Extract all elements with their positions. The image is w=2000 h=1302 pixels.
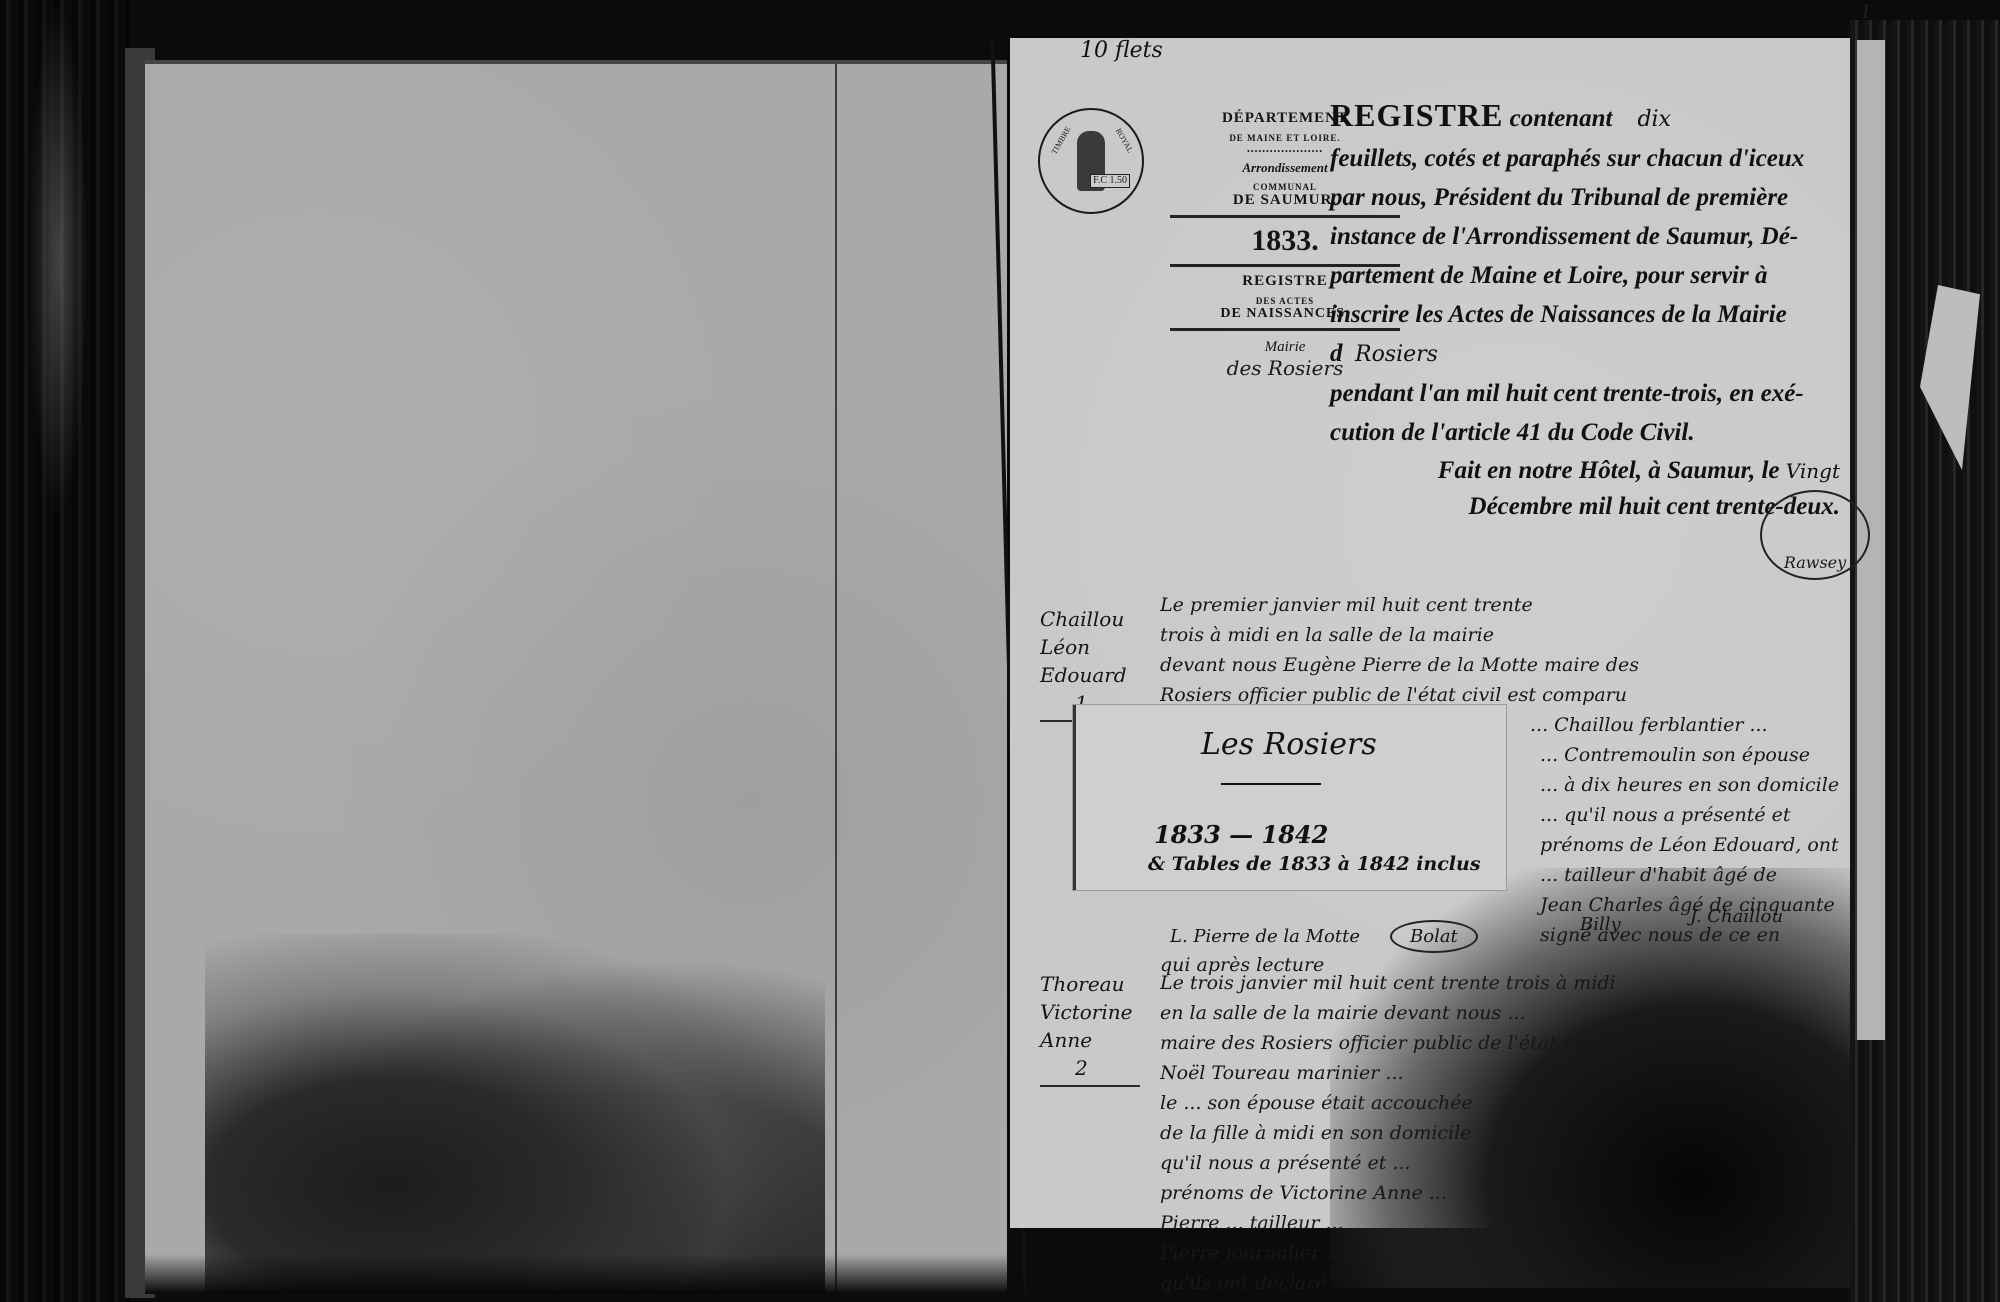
register-preamble: REGISTRE contenant dix feuillets, cotés … bbox=[1330, 96, 1850, 452]
entry-line: Pierre journalier ... bbox=[1160, 1238, 1860, 1268]
entry-line: Pierre ... tailleur ... bbox=[1160, 1208, 1860, 1238]
entry-number: 2 bbox=[1040, 1054, 1145, 1082]
margin-name-line: Victorine bbox=[1040, 998, 1145, 1026]
entry-line: Noël Toureau marinier ... bbox=[1160, 1058, 1860, 1088]
label-year-range: 1833 — 1842 bbox=[1154, 820, 1328, 849]
entry-line: prénoms de Victorine Anne ... bbox=[1160, 1178, 1860, 1208]
entry-line: Le trois janvier mil huit cent trente tr… bbox=[1160, 968, 1860, 998]
registre-title: REGISTRE bbox=[1330, 97, 1503, 133]
left-page-bottom-edge bbox=[145, 1254, 1007, 1294]
pasted-archive-label: Les Rosiers 1833 — 1842 & Tables de 1833… bbox=[1073, 705, 1506, 890]
margin-divider-2 bbox=[1040, 1085, 1140, 1087]
signature-4: J. Chaillou bbox=[1690, 906, 1783, 927]
folio-mark: 1 bbox=[1860, 2, 1871, 23]
margin-name-line: Thoreau bbox=[1040, 970, 1145, 998]
label-underline bbox=[1221, 783, 1321, 785]
entry-1-margin: Chaillou Léon Edouard 1 bbox=[1040, 605, 1145, 717]
margin-name-line: Chaillou bbox=[1040, 605, 1145, 633]
signature-1: L. Pierre de la Motte bbox=[1170, 926, 1360, 947]
margin-name-line: Anne bbox=[1040, 1026, 1145, 1054]
closing-line-1: Fait en notre Hôtel, à Saumur, le bbox=[1438, 457, 1780, 484]
signature-3: Billy bbox=[1580, 914, 1621, 935]
preamble-line: partement de Maine et Loire, pour servir… bbox=[1330, 256, 1850, 295]
entry-line: qu'ils ont déclaré ... bbox=[1160, 1268, 1860, 1298]
left-binding-edge bbox=[0, 0, 130, 1302]
left-page-blank bbox=[145, 60, 1007, 1294]
entry-line: devant nous Eugène Pierre de la Motte ma… bbox=[1160, 650, 1860, 680]
signature-2: Bolat bbox=[1390, 920, 1478, 953]
stamp-ring-text-left: TIMBRE bbox=[1050, 125, 1073, 156]
left-page-fold-line bbox=[835, 64, 837, 1294]
preamble-line: cution de l'article 41 du Code Civil. bbox=[1330, 413, 1850, 452]
closing-day-handwritten: Vingt bbox=[1786, 459, 1840, 483]
preamble-line: par nous, Président du Tribunal de premi… bbox=[1330, 178, 1850, 217]
president-signature: Rawsey bbox=[1760, 490, 1870, 580]
contenant-word: contenant bbox=[1510, 105, 1613, 132]
entry-2-margin: Thoreau Victorine Anne 2 bbox=[1040, 970, 1145, 1082]
mairie-prefix: d bbox=[1330, 340, 1343, 367]
entry-1-signatures: L. Pierre de la Motte Bolat Billy J. Cha… bbox=[1170, 920, 1850, 960]
margin-name-line: Léon bbox=[1040, 633, 1145, 661]
worn-spine-texture bbox=[28, 0, 88, 520]
preamble-line: instance de l'Arrondissement de Saumur, … bbox=[1330, 217, 1850, 256]
preamble-line: feuillets, cotés et paraphés sur chacun … bbox=[1330, 139, 1850, 178]
entry-line: qu'il nous a présenté et ... bbox=[1160, 1148, 1860, 1178]
top-annotation: 10 flets bbox=[1080, 38, 1163, 63]
label-place-name: Les Rosiers bbox=[1201, 727, 1377, 762]
closing-statement: Fait en notre Hôtel, à Saumur, le Vingt … bbox=[1320, 453, 1840, 525]
entry-2-text: Le trois janvier mil huit cent trente tr… bbox=[1160, 968, 1860, 1298]
entry-line: trois à midi en la salle de la mairie bbox=[1160, 620, 1860, 650]
mairie-handwritten: Rosiers bbox=[1355, 342, 1438, 367]
preamble-line: pendant l'an mil huit cent trente-trois,… bbox=[1330, 374, 1850, 413]
royal-fiscal-stamp-icon: TIMBRE ROYAL F.C 1.50 bbox=[1038, 108, 1144, 214]
leaf-count-handwritten: dix bbox=[1637, 107, 1671, 132]
preamble-line: inscrire les Actes de Naissances de la M… bbox=[1330, 295, 1850, 334]
entry-line: Le premier janvier mil huit cent trente bbox=[1160, 590, 1860, 620]
margin-name-line: Edouard bbox=[1040, 661, 1145, 689]
label-tables-note: & Tables de 1833 à 1842 inclus bbox=[1148, 853, 1481, 875]
stamp-ring-text-right: ROYAL bbox=[1114, 127, 1135, 155]
entry-line: le ... son épouse était accouchée bbox=[1160, 1088, 1860, 1118]
entry-line: en la salle de la mairie devant nous ... bbox=[1160, 998, 1860, 1028]
entry-line: de la fille à midi en son domicile bbox=[1160, 1118, 1860, 1148]
entry-line: maire des Rosiers officier public de l'é… bbox=[1160, 1028, 1860, 1058]
stamp-price: F.C 1.50 bbox=[1090, 174, 1130, 188]
water-damage-stain bbox=[205, 934, 825, 1294]
